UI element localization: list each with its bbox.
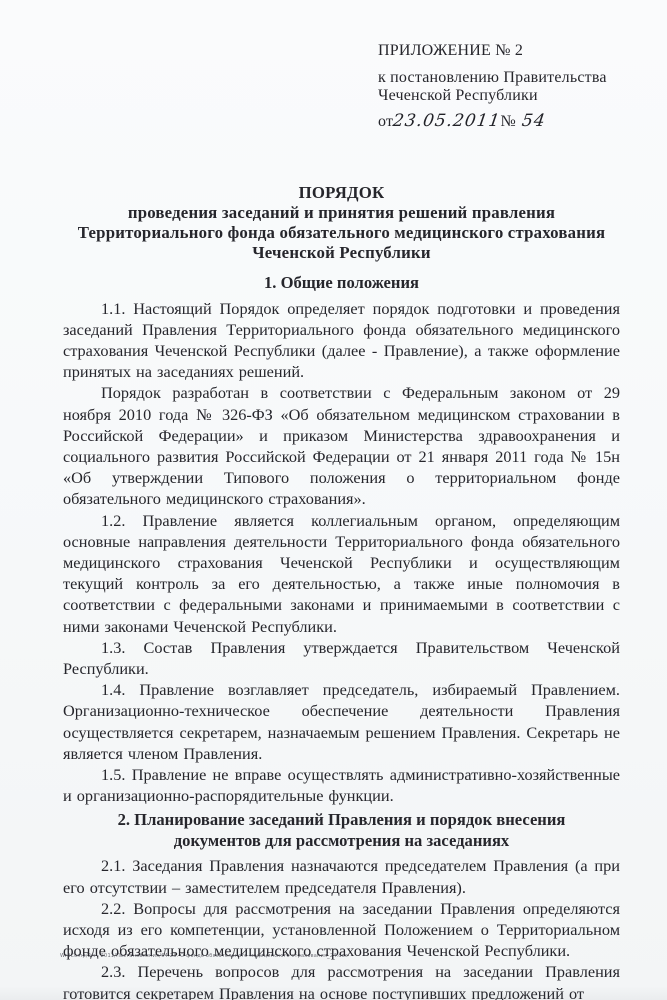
footer-filename: WrdComp/2м - 2011/Постановления/04.23. О… <box>60 953 348 959</box>
paragraph-1-2: 1.2. Правление является коллегиальным ор… <box>63 510 620 637</box>
decree-date-line: от23.05.2011№54 <box>378 112 607 131</box>
title-line-1: ПОРЯДОК <box>63 183 620 203</box>
appendix-label: ПРИЛОЖЕНИЕ № 2 <box>378 42 607 60</box>
paragraph-1-1a: Порядок разработан в соответствии с Феде… <box>63 382 620 509</box>
document-body: ПОРЯДОК проведения заседаний и принятия … <box>63 183 620 1000</box>
paragraph-2-2: 2.2. Вопросы для рассмотрения на заседан… <box>63 898 620 962</box>
decree-reference-line2: Чеченской Республики <box>378 87 607 105</box>
paragraph-2-3: 2.3. Перечень вопросов для рассмотрения … <box>63 961 620 1000</box>
paragraph-1-3: 1.3. Состав Правления утверждается Прави… <box>63 637 620 679</box>
title-line-2: проведения заседаний и принятия решений … <box>63 203 620 223</box>
section-1-heading-line: 1. Общие положения <box>63 273 620 294</box>
handwritten-date: 23.05.2011 <box>392 112 502 130</box>
title-line-4: Чеченской Республики <box>63 243 620 263</box>
document-page: ПРИЛОЖЕНИЕ № 2 к постановлению Правитель… <box>0 0 667 1000</box>
paragraph-2-1: 2.1. Заседания Правления назначаются пре… <box>63 855 620 897</box>
document-title: ПОРЯДОК проведения заседаний и принятия … <box>63 183 620 263</box>
handwritten-number: 54 <box>521 112 547 130</box>
paragraph-1-1: 1.1. Настоящий Порядок определяет порядо… <box>63 298 620 383</box>
section-2-heading-line2: документов для рассмотрения на заседания… <box>63 831 620 852</box>
paragraph-1-5: 1.5. Правление не вправе осуществлять ад… <box>63 764 620 806</box>
date-prefix: от <box>378 113 393 130</box>
paragraph-1-4: 1.4. Правление возглавляет председатель,… <box>63 679 620 764</box>
number-sign: № <box>501 113 516 130</box>
section-1-heading: 1. Общие положения <box>63 273 620 294</box>
decree-reference-line1: к постановлению Правительства <box>378 69 607 87</box>
section-2-heading: 2. Планирование заседаний Правления и по… <box>63 810 620 851</box>
appendix-header: ПРИЛОЖЕНИЕ № 2 к постановлению Правитель… <box>378 42 607 131</box>
title-line-3: Территориального фонда обязательного мед… <box>63 223 620 243</box>
section-2-heading-line1: 2. Планирование заседаний Правления и по… <box>63 810 620 831</box>
